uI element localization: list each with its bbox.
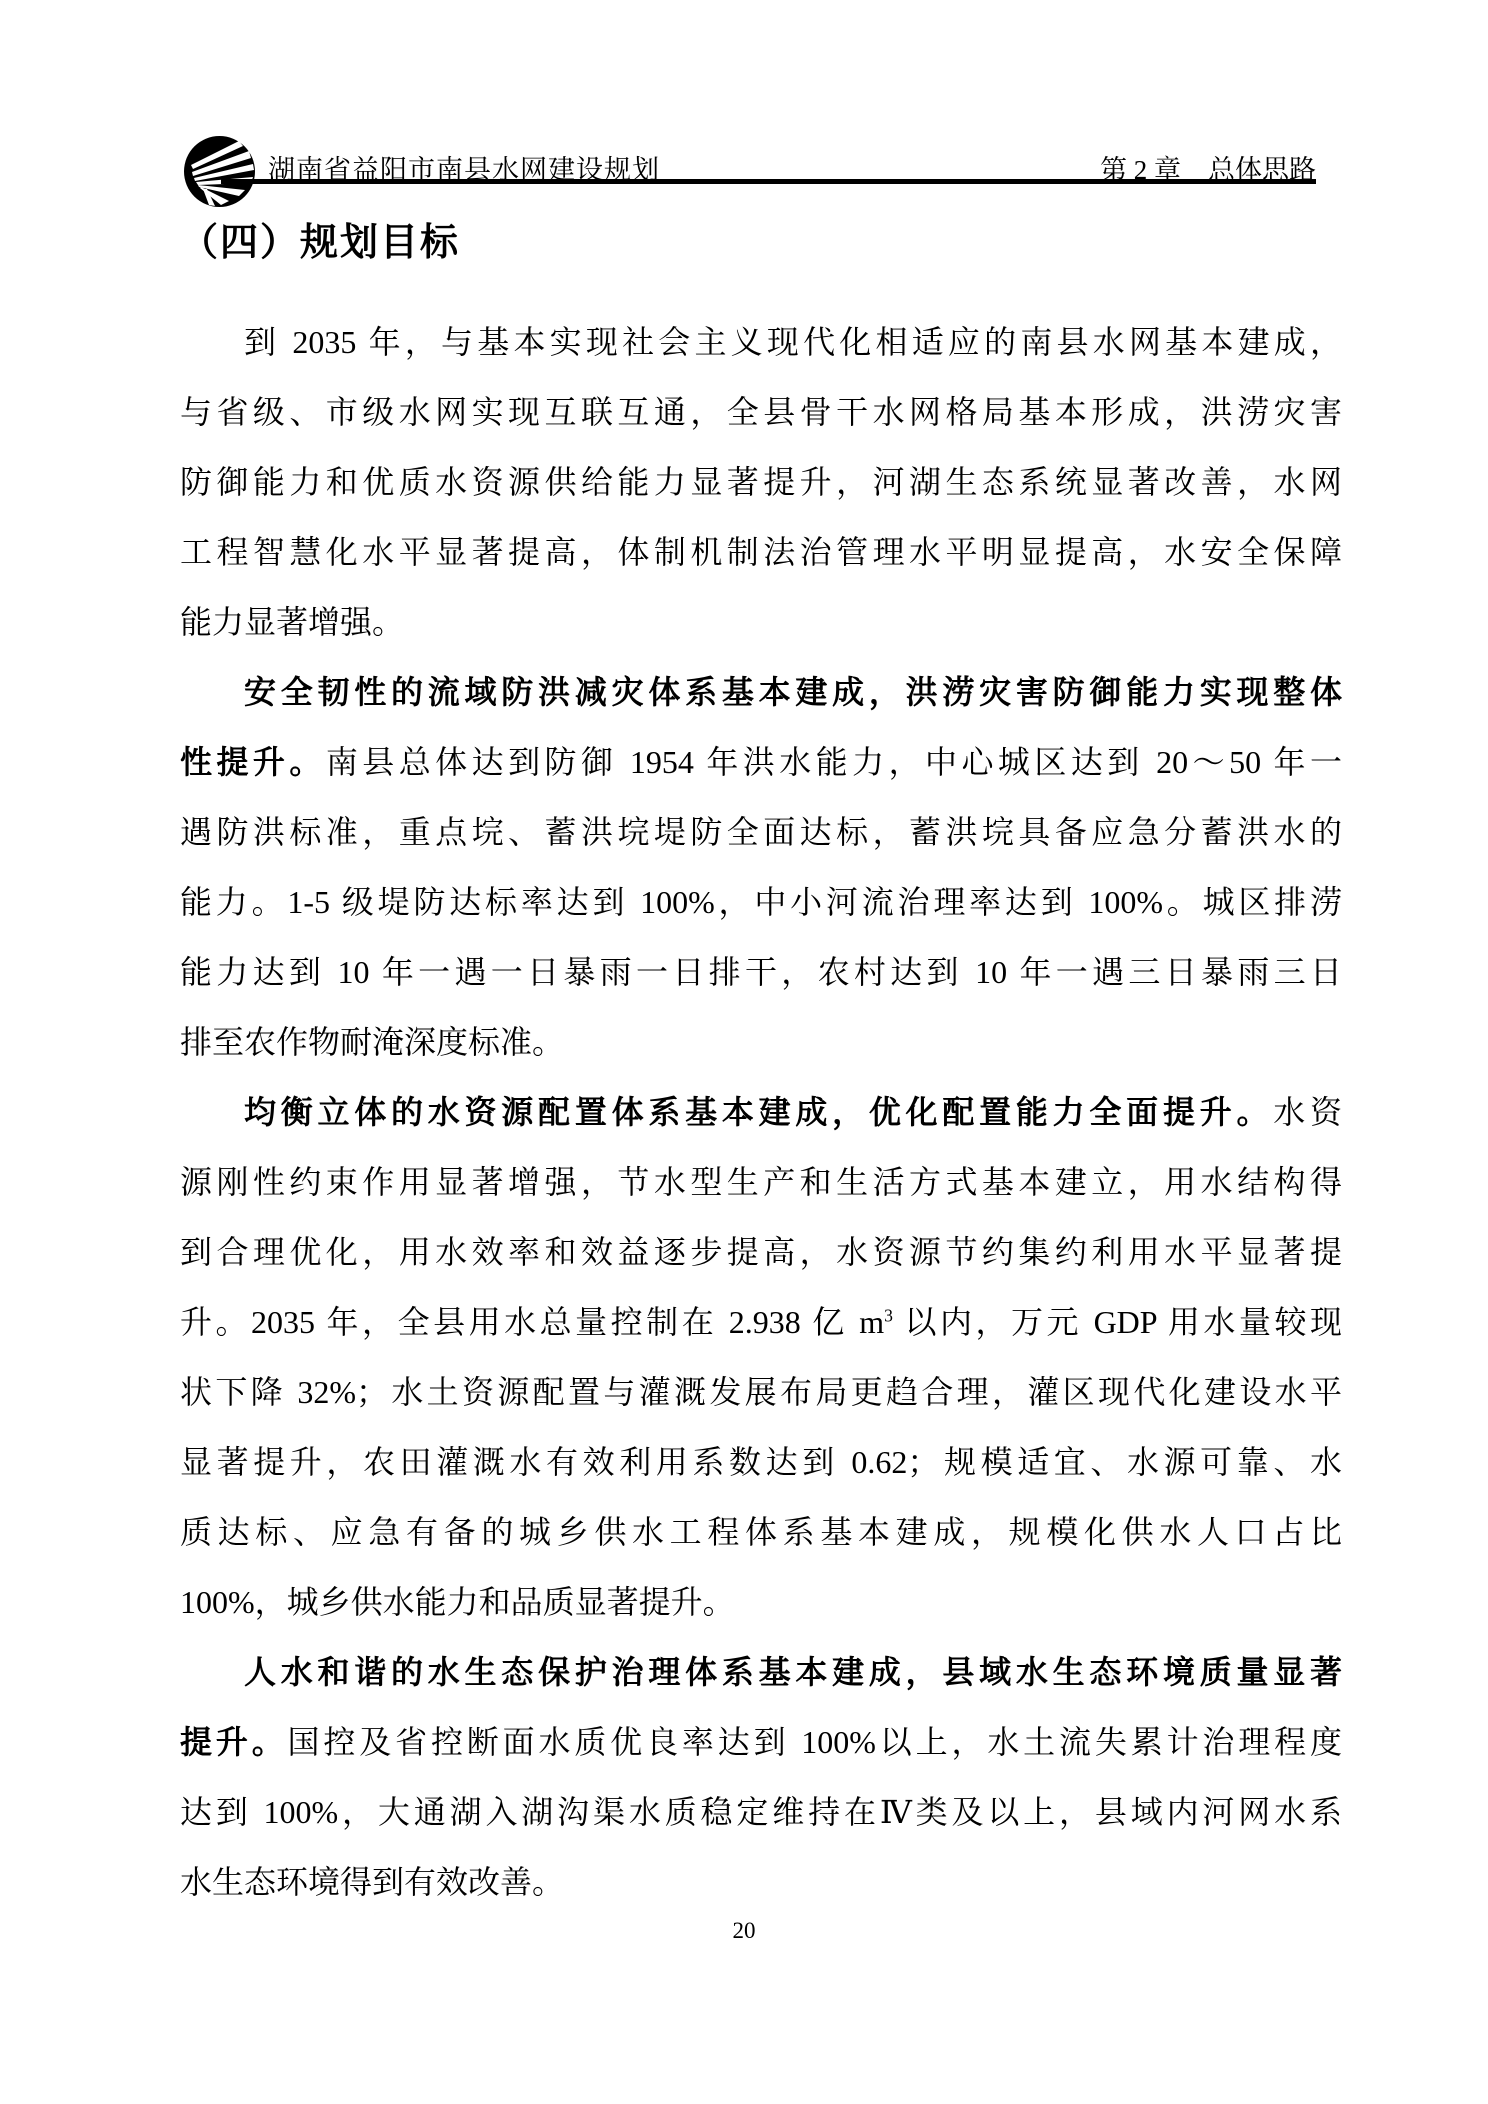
body-paragraphs: 到 2035 年，与基本实现社会主义现代化相适应的南县水网基本建成，与省级、市级… — [180, 307, 1342, 1917]
text-line: 提升。国控及省控断面水质优良率达到 100%以上，水土流失累计治理程度 — [180, 1707, 1342, 1777]
body-text-segment: 国控及省控断面水质优良率达到 100%以上，水土流失累计治理程度 — [288, 1724, 1342, 1760]
body-text-segment: 状下降 32%；水土资源配置与灌溉发展布局更趋合理，灌区现代化建设水平 — [180, 1374, 1342, 1410]
text-line: 与省级、市级水网实现互联互通，全县骨干水网格局基本形成，洪涝灾害 — [180, 377, 1342, 447]
body-text-segment: 源刚性约束作用显著增强，节水型生产和生活方式基本建立，用水结构得 — [180, 1164, 1342, 1200]
header-divider-rule — [221, 179, 1316, 184]
text-line: 排至农作物耐淹深度标准。 — [180, 1007, 1342, 1077]
body-text-segment: 水生态环境得到有效改善。 — [180, 1864, 564, 1900]
body-text-segment: 以内，万元 GDP 用水量较现 — [893, 1304, 1342, 1340]
emphasized-text: 人水和谐的水生态保护治理体系基本建成，县域水生态环境质量显著 — [244, 1654, 1342, 1690]
text-line: 人水和谐的水生态保护治理体系基本建成，县域水生态环境质量显著 — [180, 1637, 1342, 1707]
body-text-segment: 南县总体达到防御 1954 年洪水能力，中心城区达到 20～50 年一 — [326, 744, 1342, 780]
text-line: 均衡立体的水资源配置体系基本建成，优化配置能力全面提升。水资 — [180, 1077, 1342, 1147]
emphasized-text: 性提升。 — [180, 744, 326, 780]
body-text-segment: 显著提升，农田灌溉水有效利用系数达到 0.62；规模适宜、水源可靠、水 — [180, 1444, 1342, 1480]
body-text-segment: 达到 100%，大通湖入湖沟渠水质稳定维持在Ⅳ类及以上，县域内河网水系 — [180, 1794, 1342, 1830]
text-line: 能力显著增强。 — [180, 587, 1342, 657]
emphasized-text: 均衡立体的水资源配置体系基本建成，优化配置能力全面提升。 — [244, 1094, 1273, 1130]
body-text-segment: 防御能力和优质水资源供给能力显著提升，河湖生态系统显著改善，水网 — [180, 464, 1342, 500]
section-title: （四）规划目标 — [180, 211, 460, 266]
body-text-segment: 到 2035 年，与基本实现社会主义现代化相适应的南县水网基本建成， — [244, 324, 1342, 360]
text-line: 显著提升，农田灌溉水有效利用系数达到 0.62；规模适宜、水源可靠、水 — [180, 1427, 1342, 1497]
body-text-segment: 升。2035 年，全县用水总量控制在 2.938 亿 m — [180, 1304, 884, 1340]
text-line: 性提升。南县总体达到防御 1954 年洪水能力，中心城区达到 20～50 年一 — [180, 727, 1342, 797]
text-line: 状下降 32%；水土资源配置与灌溉发展布局更趋合理，灌区现代化建设水平 — [180, 1357, 1342, 1427]
text-line: 能力达到 10 年一遇一日暴雨一日排干，农村达到 10 年一遇三日暴雨三日 — [180, 937, 1342, 1007]
text-line: 100%，城乡供水能力和品质显著提升。 — [180, 1567, 1342, 1637]
emphasized-text: 安全韧性的流域防洪减灾体系基本建成，洪涝灾害防御能力实现整体 — [244, 674, 1342, 710]
page-number: 20 — [0, 1918, 1488, 1944]
text-line: 达到 100%，大通湖入湖沟渠水质稳定维持在Ⅳ类及以上，县域内河网水系 — [180, 1777, 1342, 1847]
body-text-segment: 到合理优化，用水效率和效益逐步提高，水资源节约集约利用水平显著提 — [180, 1234, 1342, 1270]
text-line: 工程智慧化水平显著提高，体制机制法治管理水平明显提高，水安全保障 — [180, 517, 1342, 587]
text-line: 安全韧性的流域防洪减灾体系基本建成，洪涝灾害防御能力实现整体 — [180, 657, 1342, 727]
body-text-segment: 遇防洪标准，重点垸、蓄洪垸堤防全面达标，蓄洪垸具备应急分蓄洪水的 — [180, 814, 1342, 850]
emphasized-text: 提升。 — [180, 1724, 288, 1760]
body-text-segment: 工程智慧化水平显著提高，体制机制法治管理水平明显提高，水安全保障 — [180, 534, 1342, 570]
document-page: 湖南省益阳市南县水网建设规划 第 2 章 总体思路 （四）规划目标 到 2035… — [0, 0, 1488, 2104]
text-line: 遇防洪标准，重点垸、蓄洪垸堤防全面达标，蓄洪垸具备应急分蓄洪水的 — [180, 797, 1342, 867]
body-text-segment: 100%，城乡供水能力和品质显著提升。 — [180, 1584, 735, 1620]
text-line: 能力。1-5 级堤防达标率达到 100%，中小河流治理率达到 100%。城区排涝 — [180, 867, 1342, 937]
text-line: 到合理优化，用水效率和效益逐步提高，水资源节约集约利用水平显著提 — [180, 1217, 1342, 1287]
text-line: 源刚性约束作用显著增强，节水型生产和生活方式基本建立，用水结构得 — [180, 1147, 1342, 1217]
body-text-segment: 质达标、应急有备的城乡供水工程体系基本建成，规模化供水人口占比 — [180, 1514, 1342, 1550]
body-text-segment: 能力达到 10 年一遇一日暴雨一日排干，农村达到 10 年一遇三日暴雨三日 — [180, 954, 1342, 990]
body-text-segment: 与省级、市级水网实现互联互通，全县骨干水网格局基本形成，洪涝灾害 — [180, 394, 1342, 430]
text-line: 升。2035 年，全县用水总量控制在 2.938 亿 m3 以内，万元 GDP … — [180, 1287, 1342, 1357]
text-line: 质达标、应急有备的城乡供水工程体系基本建成，规模化供水人口占比 — [180, 1497, 1342, 1567]
body-text-segment: 水资 — [1273, 1094, 1342, 1130]
body-text-segment: 排至农作物耐淹深度标准。 — [180, 1024, 564, 1060]
text-line: 防御能力和优质水资源供给能力显著提升，河湖生态系统显著改善，水网 — [180, 447, 1342, 517]
body-text-segment: 3 — [884, 1305, 893, 1325]
text-line: 到 2035 年，与基本实现社会主义现代化相适应的南县水网基本建成， — [180, 307, 1342, 377]
body-text-segment: 能力显著增强。 — [180, 604, 404, 640]
body-text-segment: 能力。1-5 级堤防达标率达到 100%，中小河流治理率达到 100%。城区排涝 — [180, 884, 1342, 920]
text-line: 水生态环境得到有效改善。 — [180, 1847, 1342, 1917]
